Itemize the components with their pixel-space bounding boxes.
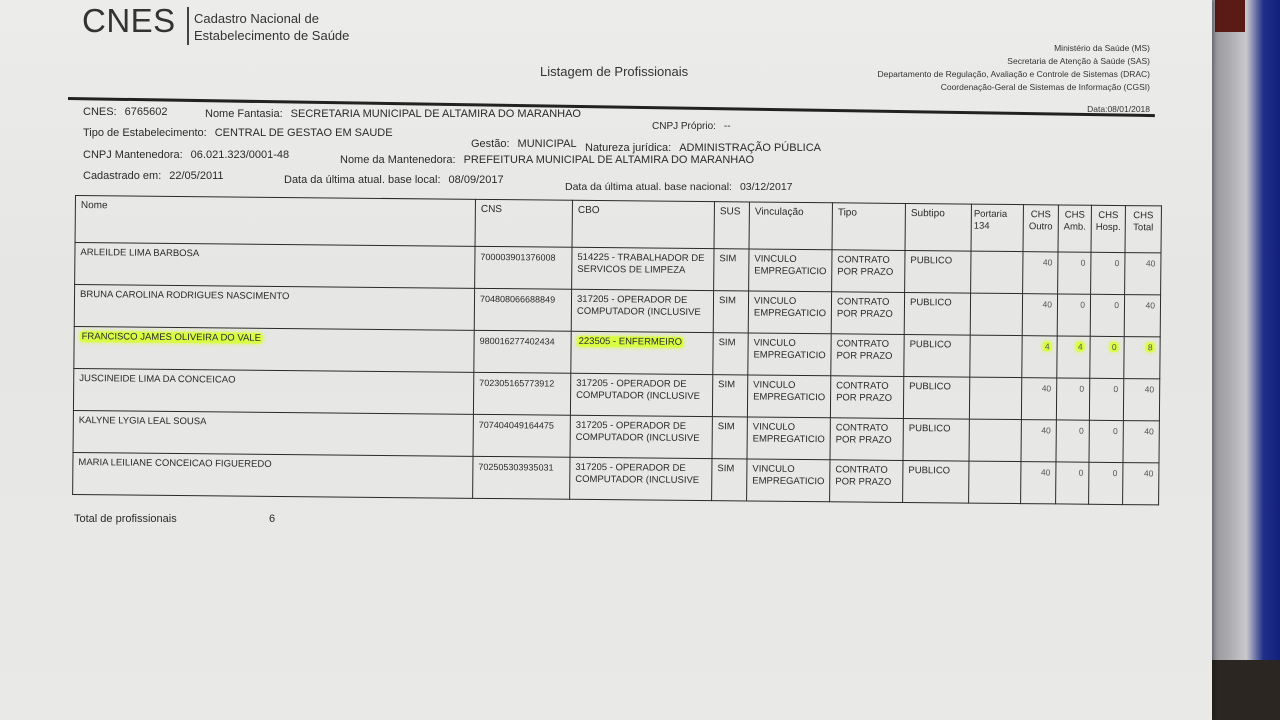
cnpj-proprio-field: CNPJ Próprio:-- bbox=[652, 121, 731, 132]
cell-subtipo: PUBLICO bbox=[903, 376, 969, 419]
cell-chs-hosp: 0 bbox=[1089, 420, 1123, 462]
cell-tipo: CONTRATO POR PRAZO bbox=[830, 460, 903, 503]
col-header-cbo: CBO bbox=[572, 200, 714, 248]
col-header-chs-hosp: CHS Hosp. bbox=[1091, 205, 1125, 252]
atual-nacional-field: Data da última atual. base nacional:03/1… bbox=[565, 181, 793, 193]
cell-chs-hosp: 0 bbox=[1090, 294, 1124, 336]
cell-portaria bbox=[969, 377, 1021, 419]
cell-nome: KALYNE LYGIA LEAL SOUSA bbox=[73, 410, 473, 456]
cadastrado-field: Cadastrado em:22/05/2011 bbox=[83, 170, 224, 182]
ministry-line: Coordenação-Geral de Sistemas de Informa… bbox=[878, 81, 1150, 94]
cell-chs-hosp: 0 bbox=[1089, 378, 1123, 420]
cell-chs-total: 8 bbox=[1124, 337, 1160, 379]
ministry-line: Ministério da Saúde (MS) bbox=[878, 42, 1150, 55]
cell-vinculacao: VINCULO EMPREGATICIO bbox=[747, 375, 830, 418]
cell-vinculacao: VINCULO EMPREGATICIO bbox=[748, 333, 831, 376]
logo-divider bbox=[187, 7, 189, 45]
cell-tipo: CONTRATO POR PRAZO bbox=[830, 418, 903, 461]
cell-chs-hosp: 0 bbox=[1089, 462, 1123, 504]
cell-cbo: 514225 - TRABALHADOR DE SERVICOS DE LIMP… bbox=[572, 247, 714, 290]
cell-sus: SIM bbox=[712, 375, 747, 417]
cell-portaria bbox=[970, 293, 1022, 335]
cell-nome: MARIA LEILIANE CONCEICAO FIGUEREDO bbox=[73, 452, 473, 498]
document-title: Listagem de Profissionais bbox=[540, 64, 688, 79]
cell-cbo: 223505 - ENFERMEIRO bbox=[571, 331, 713, 374]
highlighted-text: 0 bbox=[1110, 342, 1119, 352]
cell-tipo: CONTRATO POR PRAZO bbox=[831, 292, 904, 335]
cell-chs-amb: 0 bbox=[1056, 378, 1089, 420]
cell-portaria bbox=[971, 251, 1023, 293]
cell-chs-amb: 4 bbox=[1057, 336, 1090, 378]
cell-cbo: 317205 - OPERADOR DE COMPUTADOR (INCLUSI… bbox=[570, 373, 712, 416]
cell-subtipo: PUBLICO bbox=[904, 292, 970, 335]
cell-sus: SIM bbox=[712, 459, 747, 501]
atual-local-field: Data da última atual. base local:08/09/2… bbox=[284, 174, 504, 186]
cell-cbo: 317205 - OPERADOR DE COMPUTADOR (INCLUSI… bbox=[570, 457, 712, 500]
cell-nome: JUSCINEIDE LIMA DA CONCEICAO bbox=[73, 368, 473, 414]
cell-chs-hosp: 0 bbox=[1090, 336, 1124, 378]
col-header-chs-outro: CHS Outro bbox=[1023, 205, 1058, 252]
cell-chs-outro: 40 bbox=[1021, 378, 1056, 420]
cell-vinculacao: VINCULO EMPREGATICIO bbox=[748, 291, 831, 334]
highlighted-text: 4 bbox=[1043, 341, 1052, 351]
background-folders bbox=[1205, 0, 1280, 720]
cell-vinculacao: VINCULO EMPREGATICIO bbox=[747, 417, 830, 460]
cell-sus: SIM bbox=[712, 417, 747, 459]
gestao-field: Gestão:MUNICIPAL bbox=[471, 138, 577, 150]
col-header-cns: CNS bbox=[475, 199, 572, 247]
col-header-chs-total: CHS Total bbox=[1125, 206, 1161, 253]
highlighted-text: 8 bbox=[1146, 342, 1155, 352]
cell-chs-total: 40 bbox=[1123, 421, 1159, 463]
cell-tipo: CONTRATO POR PRAZO bbox=[832, 250, 905, 293]
cell-subtipo: PUBLICO bbox=[903, 460, 969, 503]
natureza-juridica-field: Natureza jurídica:ADMINISTRAÇÃO PÚBLICA bbox=[585, 142, 821, 154]
cell-nome: BRUNA CAROLINA RODRIGUES NASCIMENTO bbox=[74, 285, 474, 331]
cell-nome: FRANCISCO JAMES OLIVEIRA DO VALE bbox=[74, 326, 474, 372]
nome-fantasia-field: Nome Fantasia:SECRETARIA MUNICIPAL DE AL… bbox=[205, 108, 581, 120]
cell-tipo: CONTRATO POR PRAZO bbox=[830, 376, 903, 419]
ministry-line: Departamento de Regulação, Avaliação e C… bbox=[878, 68, 1150, 81]
total-profissionais-label: Total de profissionais bbox=[74, 513, 177, 525]
cell-chs-total: 40 bbox=[1124, 295, 1160, 337]
ministry-line: Secretaria de Atenção à Saúde (SAS) bbox=[878, 55, 1150, 68]
cell-cns: 980016277402434 bbox=[474, 330, 571, 373]
col-header-nome: Nome bbox=[75, 196, 475, 247]
highlighted-text: 4 bbox=[1076, 342, 1085, 352]
cell-sus: SIM bbox=[713, 333, 748, 375]
cnpj-mantenedora-field: CNPJ Mantenedora:06.021.323/0001-48 bbox=[83, 149, 289, 161]
cell-chs-outro: 40 bbox=[1022, 294, 1057, 336]
cell-chs-outro: 40 bbox=[1023, 252, 1058, 294]
cell-cns: 700003901376008 bbox=[475, 246, 572, 289]
cell-chs-hosp: 0 bbox=[1091, 252, 1125, 294]
col-header-portaria: Portaria 134 bbox=[971, 204, 1023, 251]
cell-portaria bbox=[969, 419, 1021, 461]
cell-cns: 702505303935031 bbox=[473, 456, 570, 499]
col-header-vinculacao: Vinculação bbox=[749, 202, 832, 250]
cell-chs-outro: 40 bbox=[1021, 420, 1056, 462]
logo-subtitle-line2: Estabelecimento de Saúde bbox=[194, 27, 349, 44]
cell-vinculacao: VINCULO EMPREGATICIO bbox=[747, 459, 830, 502]
col-header-subtipo: Subtipo bbox=[905, 203, 971, 251]
cell-cns: 707404049164475 bbox=[473, 414, 570, 457]
cell-chs-total: 40 bbox=[1123, 463, 1159, 505]
col-header-sus: SUS bbox=[714, 202, 749, 249]
professionals-table: Nome CNS CBO SUS Vinculação Tipo Subtipo… bbox=[72, 195, 1162, 505]
cell-sus: SIM bbox=[714, 249, 749, 291]
col-header-chs-amb: CHS Amb. bbox=[1058, 205, 1091, 252]
cnes-logo: CNES bbox=[82, 2, 176, 40]
cell-subtipo: PUBLICO bbox=[905, 250, 971, 293]
cell-chs-amb: 0 bbox=[1058, 252, 1091, 294]
total-profissionais-value: 6 bbox=[269, 513, 275, 525]
cell-chs-outro: 40 bbox=[1021, 462, 1056, 504]
background-red-object bbox=[1215, 0, 1245, 32]
cell-subtipo: PUBLICO bbox=[903, 418, 969, 461]
cell-chs-amb: 0 bbox=[1057, 294, 1090, 336]
cell-sus: SIM bbox=[713, 291, 748, 333]
cell-chs-amb: 0 bbox=[1056, 420, 1089, 462]
cell-vinculacao: VINCULO EMPREGATICIO bbox=[749, 249, 832, 292]
nome-mantenedora-field: Nome da Mantenedora:PREFEITURA MUNICIPAL… bbox=[340, 154, 754, 166]
cell-tipo: CONTRATO POR PRAZO bbox=[831, 334, 904, 377]
cell-cbo: 317205 - OPERADOR DE COMPUTADOR (INCLUSI… bbox=[570, 415, 712, 458]
col-header-tipo: Tipo bbox=[832, 203, 905, 251]
cell-subtipo: PUBLICO bbox=[904, 334, 970, 377]
cell-chs-total: 40 bbox=[1123, 379, 1159, 421]
logo-subtitle: Cadastro Nacional de Estabelecimento de … bbox=[194, 10, 349, 44]
highlighted-text: FRANCISCO JAMES OLIVEIRA DO VALE bbox=[80, 331, 263, 344]
logo-subtitle-line1: Cadastro Nacional de bbox=[194, 10, 349, 27]
cell-chs-total: 40 bbox=[1125, 253, 1161, 295]
cell-cns: 704808066688849 bbox=[474, 288, 571, 331]
ministry-block: Ministério da Saúde (MS) Secretaria de A… bbox=[878, 42, 1150, 94]
document-page: CNES Cadastro Nacional de Estabeleciment… bbox=[0, 0, 1212, 720]
cell-cbo: 317205 - OPERADOR DE COMPUTADOR (INCLUSI… bbox=[571, 289, 713, 332]
background-desk bbox=[1210, 660, 1280, 720]
cell-nome: ARLEILDE LIMA BARBOSA bbox=[75, 243, 475, 289]
highlighted-text: 223505 - ENFERMEIRO bbox=[577, 336, 685, 348]
cell-portaria bbox=[969, 461, 1021, 503]
cell-chs-amb: 0 bbox=[1056, 462, 1089, 504]
cell-chs-outro: 4 bbox=[1022, 336, 1057, 378]
cnes-field: CNES:6765602 bbox=[83, 106, 167, 118]
cell-cns: 702305165773912 bbox=[473, 372, 570, 415]
tipo-estabelecimento-field: Tipo de Estabelecimento:CENTRAL DE GESTA… bbox=[83, 127, 393, 139]
cell-portaria bbox=[970, 335, 1022, 377]
